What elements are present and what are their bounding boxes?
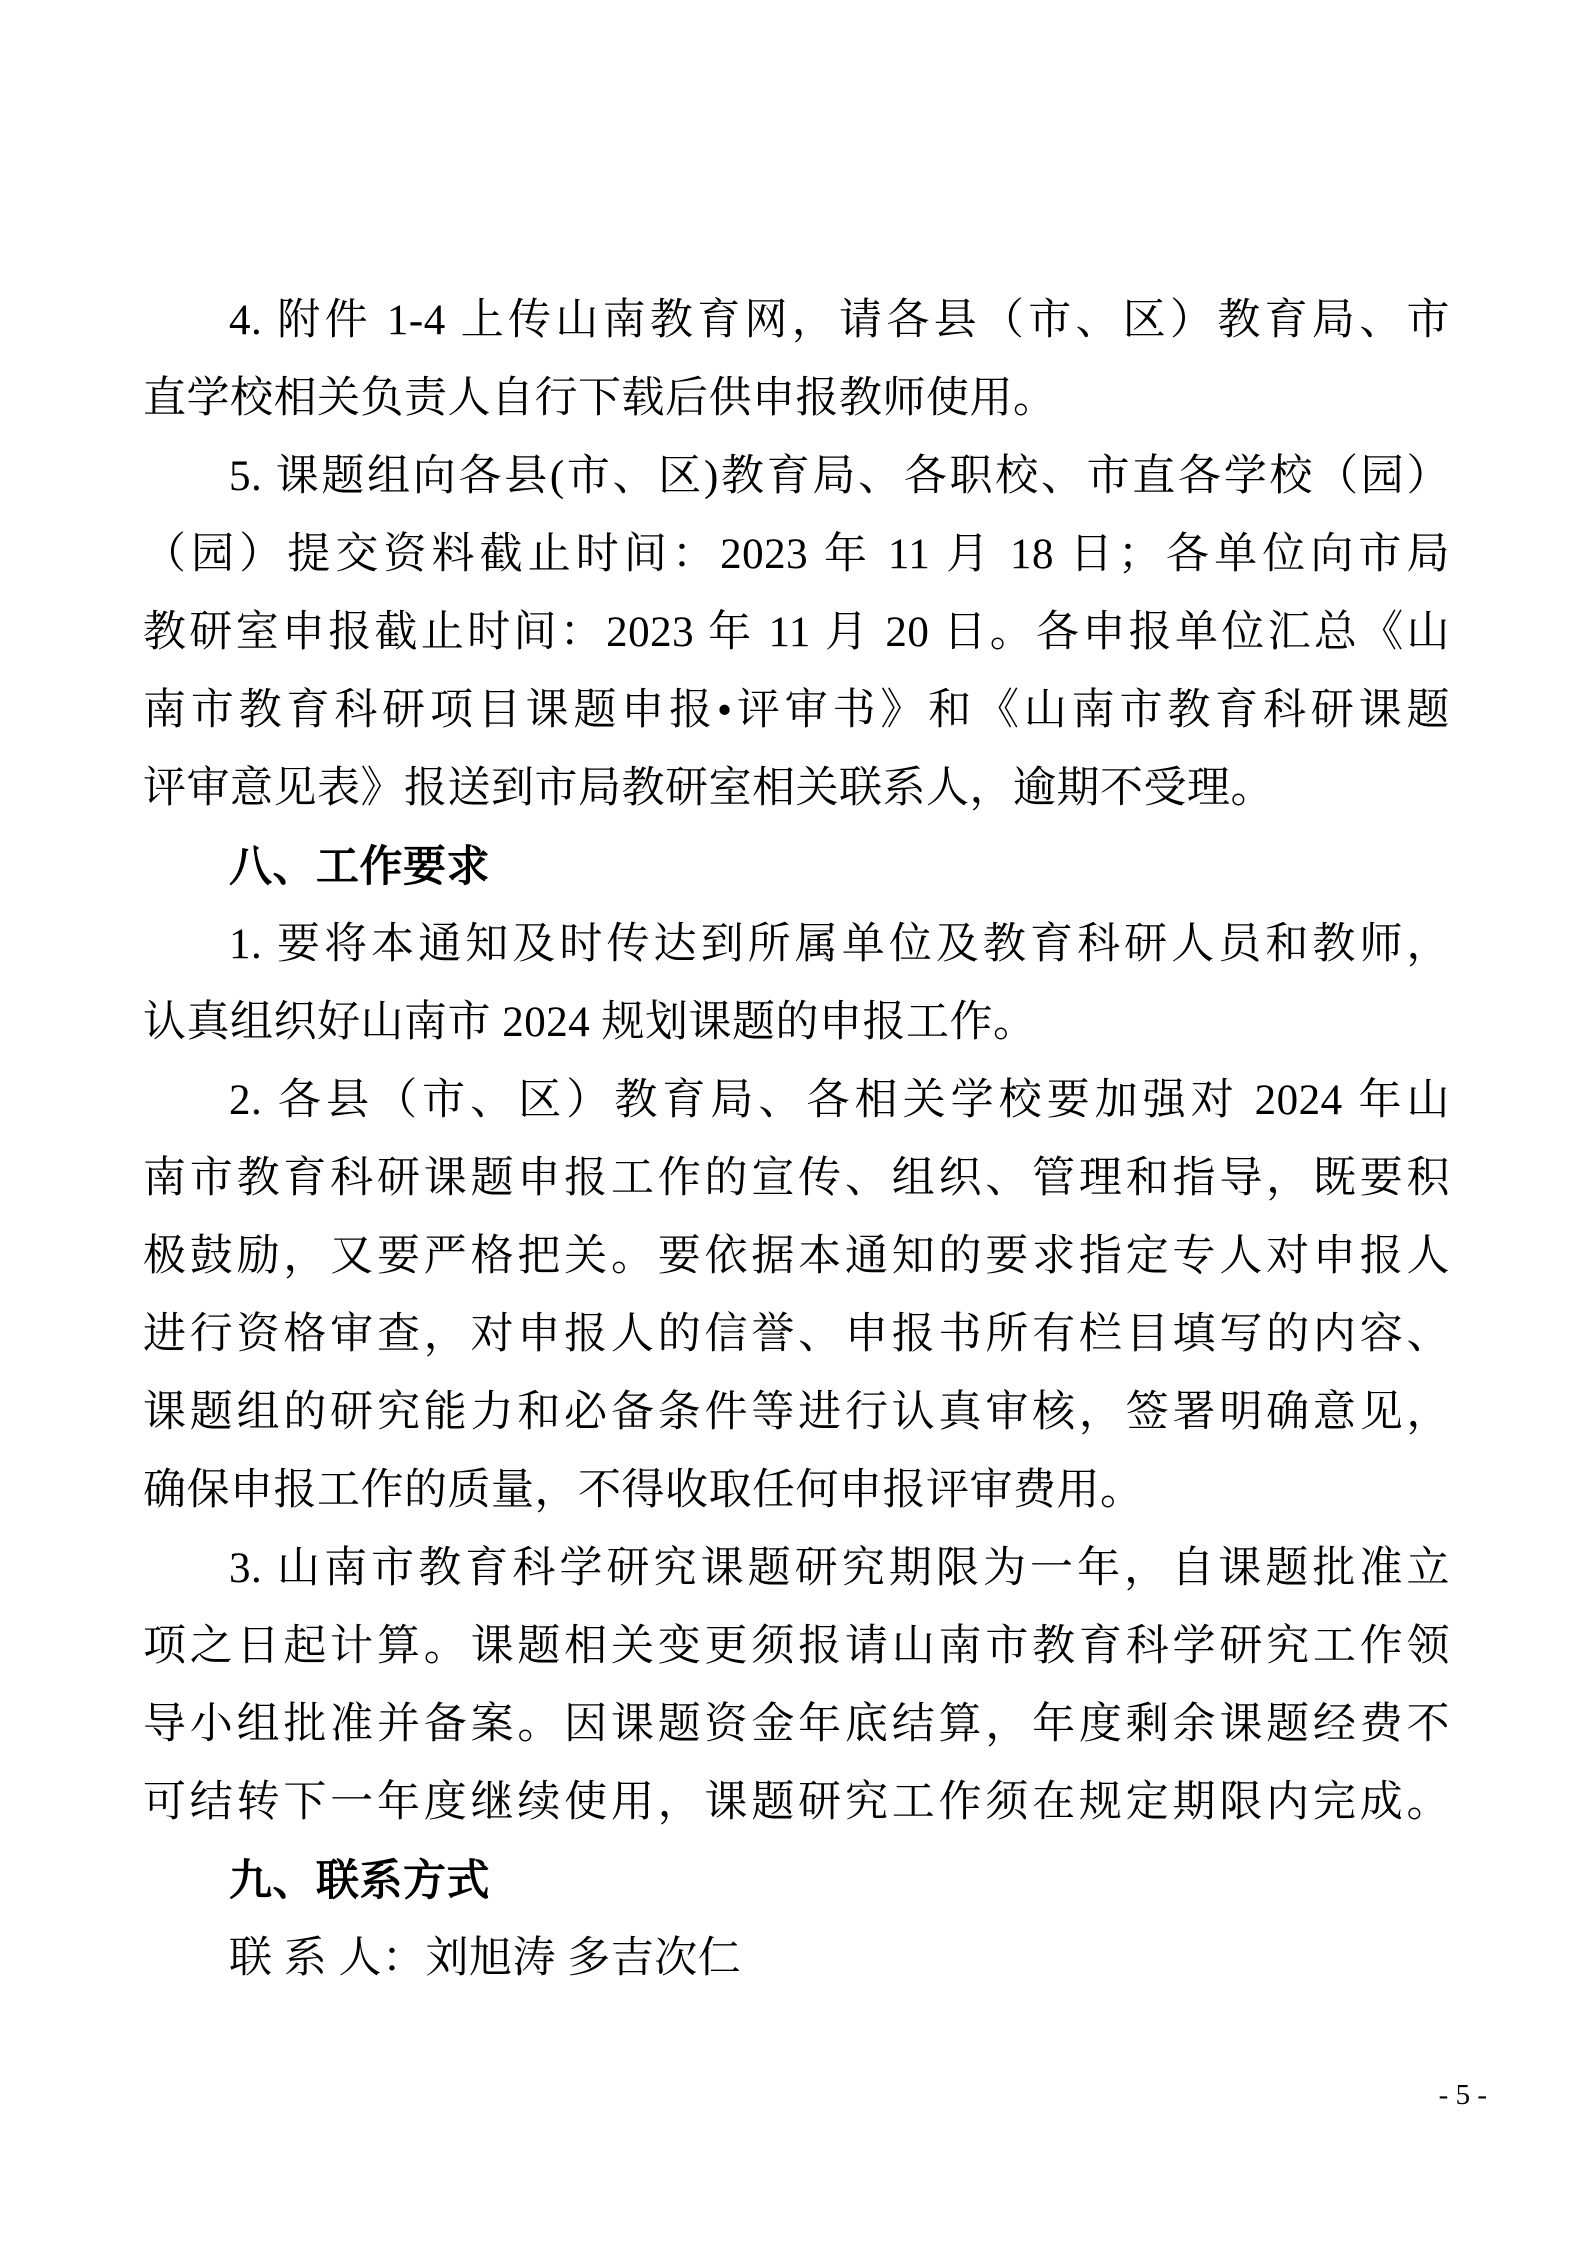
page-number: - 5 - (1439, 2079, 1487, 2111)
contact-person-line: 联 系 人：刘旭涛 多吉次仁 (143, 1920, 1450, 1998)
section-heading-contact-info: 九、联系方式 (143, 1842, 1450, 1920)
paragraph-line: 导小组批准并备案。因课题资金年底结算，年度剩余课题经费不 (143, 1686, 1450, 1764)
paragraph-line: 教研室申报截止时间：2023 年 11 月 20 日。各申报单位汇总《山 (143, 594, 1450, 672)
section-heading-work-requirements: 八、工作要求 (143, 828, 1450, 906)
paragraph-line: 南市教育科研课题申报工作的宣传、组织、管理和指导，既要积 (143, 1140, 1450, 1218)
paragraph-line: 4. 附件 1-4 上传山南教育网，请各县（市、区）教育局、市 (143, 282, 1450, 360)
paragraph-line: 直学校相关负责人自行下载后供申报教师使用。 (143, 360, 1450, 438)
document-body: 4. 附件 1-4 上传山南教育网，请各县（市、区）教育局、市 直学校相关负责人… (143, 282, 1450, 1998)
paragraph-line: 南市教育科研项目课题申报•评审书》和《山南市教育科研课题 (143, 672, 1450, 750)
paragraph-line: 可结转下一年度继续使用，课题研究工作须在规定期限内完成。 (143, 1764, 1450, 1842)
paragraph-line: 评审意见表》报送到市局教研室相关联系人，逾期不受理。 (143, 750, 1450, 828)
paragraph-line: 2. 各县（市、区）教育局、各相关学校要加强对 2024 年山 (143, 1062, 1450, 1140)
paragraph-line: 极鼓励，又要严格把关。要依据本通知的要求指定专人对申报人 (143, 1218, 1450, 1296)
paragraph-line: 项之日起计算。课题相关变更须报请山南市教育科学研究工作领 (143, 1608, 1450, 1686)
paragraph-line: 1. 要将本通知及时传达到所属单位及教育科研人员和教师， (143, 906, 1450, 984)
paragraph-line: 课题组的研究能力和必备条件等进行认真审核，签署明确意见， (143, 1374, 1450, 1452)
paragraph-line: 认真组织好山南市 2024 规划课题的申报工作。 (143, 984, 1450, 1062)
paragraph-line: 5. 课题组向各县(市、区)教育局、各职校、市直各学校（园） (143, 438, 1450, 516)
paragraph-line: （园）提交资料截止时间：2023 年 11 月 18 日；各单位向市局 (143, 516, 1450, 594)
paragraph-line: 确保申报工作的质量，不得收取任何申报评审费用。 (143, 1452, 1450, 1530)
document-page: 4. 附件 1-4 上传山南教育网，请各县（市、区）教育局、市 直学校相关负责人… (0, 0, 1587, 2245)
paragraph-line: 3. 山南市教育科学研究课题研究期限为一年，自课题批准立 (143, 1530, 1450, 1608)
paragraph-line: 进行资格审查，对申报人的信誉、申报书所有栏目填写的内容、 (143, 1296, 1450, 1374)
page-footer: - 5 - (1439, 2078, 1487, 2112)
